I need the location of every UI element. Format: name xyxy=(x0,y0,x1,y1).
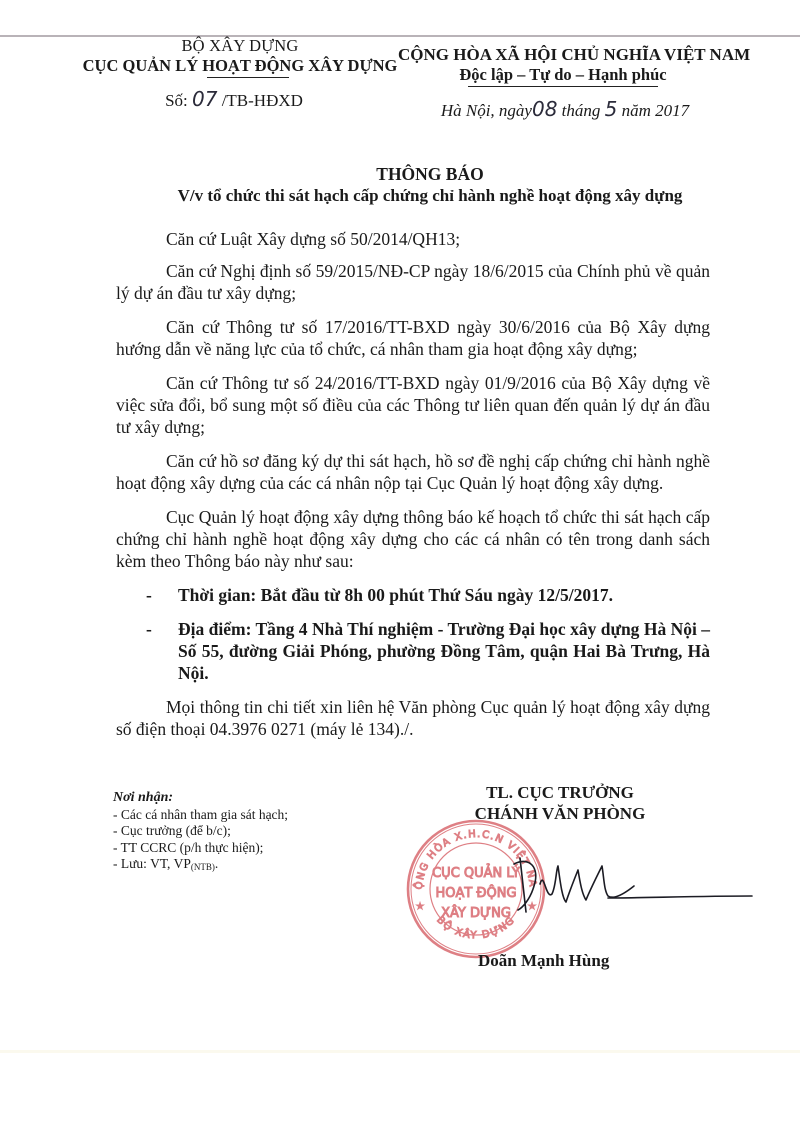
bullet-dash: - xyxy=(116,618,178,684)
recipient-item: - TT CCRC (p/h thực hiện); xyxy=(113,840,413,857)
document-title-block: THÔNG BÁO V/v tổ chức thi sát hạch cấp c… xyxy=(150,163,710,207)
document-body: Căn cứ Luật Xây dựng số 50/2014/QH13; Că… xyxy=(116,228,710,752)
scan-artifact-band xyxy=(0,1050,800,1053)
national-motto: Độc lập – Tự do – Hạnh phúc xyxy=(388,65,738,85)
legal-basis-paragraph: Căn cứ Nghị định số 59/2015/NĐ-CP ngày 1… xyxy=(116,260,710,304)
agency-underline xyxy=(207,77,289,78)
nation-name: CỘNG HÒA XÃ HỘI CHỦ NGHĨA VIỆT NAM xyxy=(398,44,748,65)
recipient-item: - Lưu: VT, VP(NTB). xyxy=(113,856,413,876)
motto-underline xyxy=(468,86,658,87)
recipients-block: Nơi nhận: - Các cá nhân tham gia sát hạc… xyxy=(113,790,413,876)
document-title: THÔNG BÁO xyxy=(150,163,710,185)
national-header: CỘNG HÒA XÃ HỘI CHỦ NGHĨA VIỆT NAM Độc l… xyxy=(400,44,750,123)
archive-suffix: . xyxy=(215,856,218,871)
bullet-dash: - xyxy=(116,584,178,606)
place-prefix: Hà Nội, ngày xyxy=(441,101,532,120)
month-label: tháng xyxy=(562,101,601,120)
schedule-location-text: Địa điểm: Tầng 4 Nhà Thí nghiệm - Trường… xyxy=(178,618,710,684)
stamp-star-icon: ★ xyxy=(416,902,424,912)
announcement-paragraph: Cục Quản lý hoạt động xây dựng thông báo… xyxy=(116,506,710,572)
schedule-location-item: - Địa điểm: Tầng 4 Nhà Thí nghiệm - Trườ… xyxy=(116,618,710,684)
number-suffix: /TB-HĐXD xyxy=(222,91,303,110)
number-handwritten: 07 xyxy=(192,87,217,111)
legal-basis-paragraph: Căn cứ hồ sơ đăng ký dự thi sát hạch, hồ… xyxy=(116,450,710,494)
day-handwritten: 08 xyxy=(532,97,557,121)
year-label: năm 2017 xyxy=(622,101,690,120)
document-page: BỘ XÂY DỰNG CỤC QUẢN LÝ HOẠT ĐỘNG XÂY DỰ… xyxy=(0,0,800,1127)
issuer-header: BỘ XÂY DỰNG CỤC QUẢN LÝ HOẠT ĐỘNG XÂY DỰ… xyxy=(80,36,400,112)
legal-basis-paragraph: Căn cứ Thông tư số 24/2016/TT-BXD ngày 0… xyxy=(116,372,710,438)
recipients-title: Nơi nhận: xyxy=(113,790,413,807)
ministry-name: BỘ XÂY DỰNG xyxy=(80,36,400,56)
place-and-date: Hà Nội, ngày08 tháng 5 năm 2017 xyxy=(390,97,740,123)
legal-basis-paragraph: Căn cứ Luật Xây dựng số 50/2014/QH13; xyxy=(116,228,710,250)
document-number: Số: 07 /TB-HĐXD xyxy=(74,88,394,112)
recipient-item: - Các cá nhân tham gia sát hạch; xyxy=(113,807,413,824)
archive-prefix: - Lưu: VT, VP xyxy=(113,856,191,871)
schedule-time-item: - Thời gian: Bắt đầu từ 8h 00 phút Thứ S… xyxy=(116,584,710,606)
handwritten-signature xyxy=(500,850,760,920)
agency-name: CỤC QUẢN LÝ HOẠT ĐỘNG XÂY DỰNG xyxy=(80,56,400,76)
month-handwritten: 5 xyxy=(605,97,618,121)
number-label: Số: xyxy=(165,91,188,110)
archive-subscript: (NTB) xyxy=(191,862,215,872)
signer-name: Doãn Mạnh Hùng xyxy=(478,950,609,972)
recipient-item: - Cục trưởng (để b/c); xyxy=(113,823,413,840)
document-subject: V/v tổ chức thi sát hạch cấp chứng chỉ h… xyxy=(150,185,710,207)
legal-basis-paragraph: Căn cứ Thông tư số 17/2016/TT-BXD ngày 3… xyxy=(116,316,710,360)
signatory-title-1: TL. CỤC TRƯỞNG xyxy=(440,782,680,803)
schedule-time-text: Thời gian: Bắt đầu từ 8h 00 phút Thứ Sáu… xyxy=(178,584,710,606)
contact-paragraph: Mọi thông tin chi tiết xin liên hệ Văn p… xyxy=(116,696,710,740)
